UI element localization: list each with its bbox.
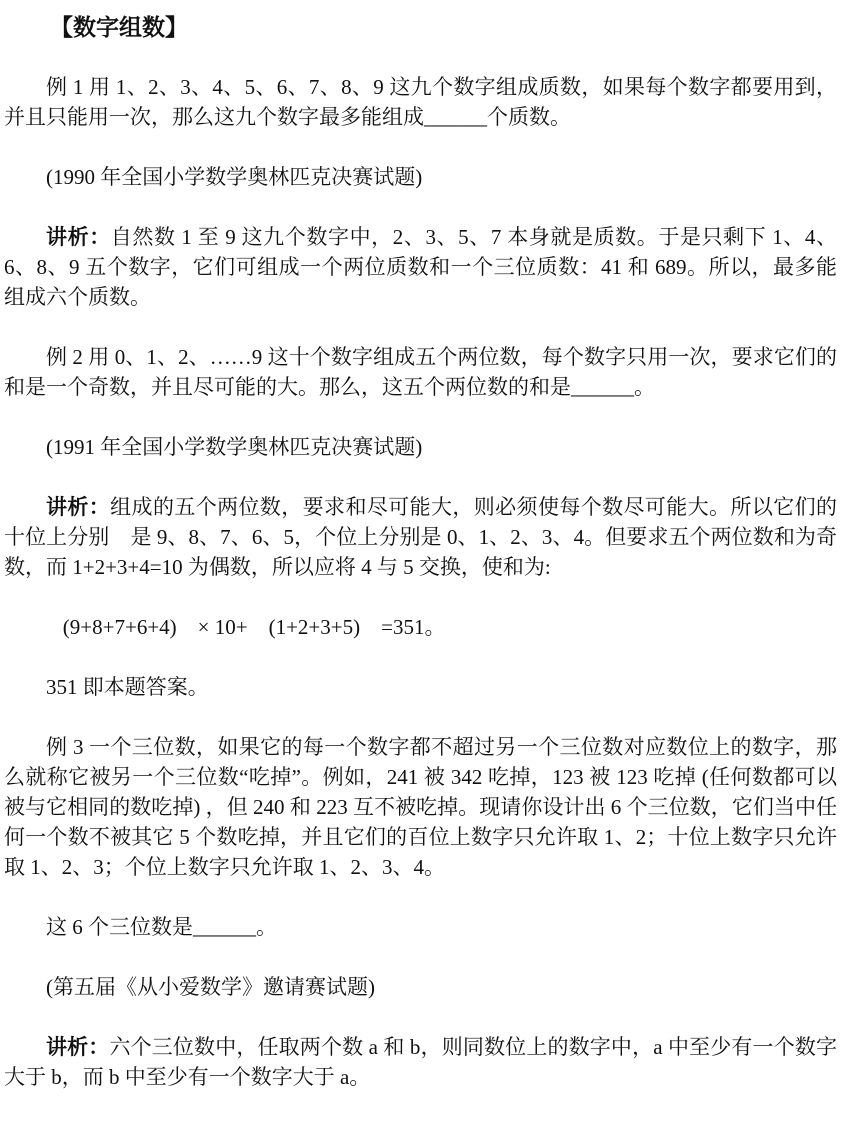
analysis-label: 讲析： bbox=[46, 225, 111, 249]
example3-blank-line: 这 6 个三位数是______。 bbox=[4, 912, 837, 942]
analysis-text: 组成的五个两位数，要求和尽可能大，则必须使每个数尽可能大。所以它们的十位上分别 … bbox=[4, 495, 837, 579]
analysis-text: 六个三位数中，任取两个数 a 和 b，则同数位上的数字中，a 中至少有一个数字大… bbox=[4, 1035, 837, 1089]
example2-answer: 351 即本题答案。 bbox=[4, 672, 837, 702]
example2-problem: 例 2 用 0、1、2、……9 这十个数字组成五个两位数，每个数字只用一次，要求… bbox=[4, 342, 837, 402]
page-title: 【数字组数】 bbox=[4, 13, 837, 43]
analysis-label: 讲析： bbox=[46, 495, 110, 519]
example2-source: (1991 年全国小学数学奥林匹克决赛试题) bbox=[4, 432, 837, 462]
analysis-label: 讲析： bbox=[46, 1035, 109, 1059]
example1-analysis: 讲析：自然数 1 至 9 这九个数字中，2、3、5、7 本身就是质数。于是只剩下… bbox=[4, 222, 837, 312]
example2-formula: (9+8+7+6+4) × 10+ (1+2+3+5) =351。 bbox=[4, 612, 837, 642]
example1-source: (1990 年全国小学数学奥林匹克决赛试题) bbox=[4, 162, 837, 192]
document-page: 【数字组数】 例 1 用 1、2、3、4、5、6、7、8、9 这九个数字组成质数… bbox=[0, 0, 844, 1132]
analysis-text: 自然数 1 至 9 这九个数字中，2、3、5、7 本身就是质数。于是只剩下 1、… bbox=[4, 225, 837, 309]
example2-analysis: 讲析：组成的五个两位数，要求和尽可能大，则必须使每个数尽可能大。所以它们的十位上… bbox=[4, 492, 837, 582]
example3-analysis: 讲析：六个三位数中，任取两个数 a 和 b，则同数位上的数字中，a 中至少有一个… bbox=[4, 1032, 837, 1092]
example3-problem: 例 3 一个三位数，如果它的每一个数字都不超过另一个三位数对应数位上的数字，那么… bbox=[4, 732, 837, 882]
example1-problem: 例 1 用 1、2、3、4、5、6、7、8、9 这九个数字组成质数，如果每个数字… bbox=[4, 72, 837, 132]
example3-source: (第五届《从小爱数学》邀请赛试题) bbox=[4, 972, 837, 1002]
